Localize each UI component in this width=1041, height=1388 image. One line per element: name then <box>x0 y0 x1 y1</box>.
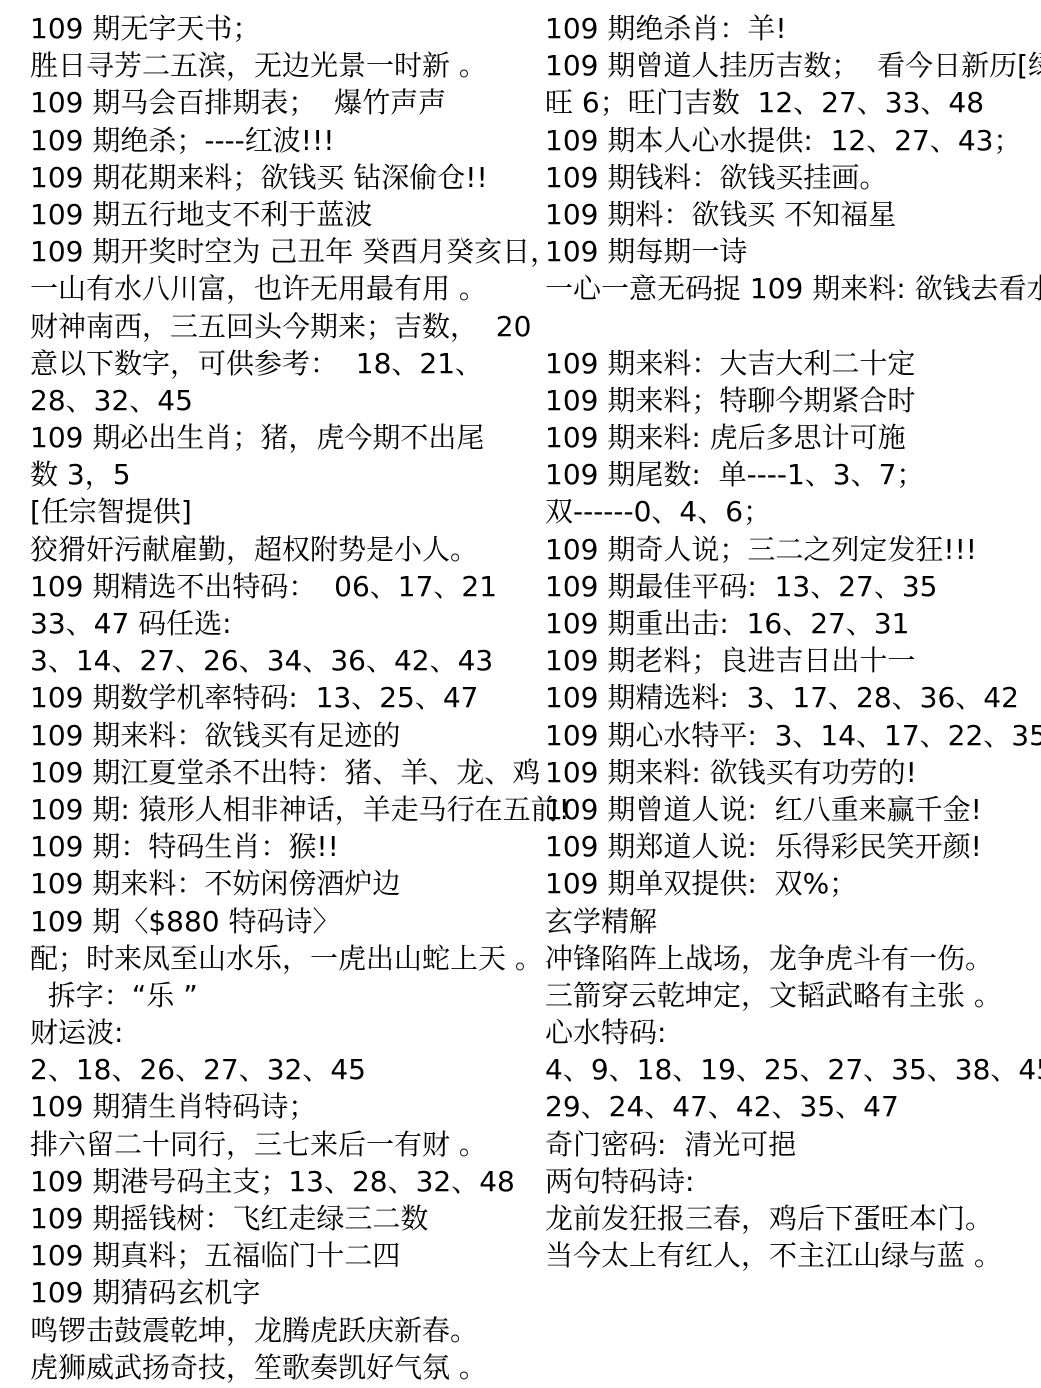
text-line: 两句特码诗: <box>545 1163 1041 1200</box>
text-line: 意以下数字，可供参考： 18、21、 <box>30 345 545 382</box>
text-line: 胜日寻芳二五滨，无边光景一时新 。 <box>30 47 545 84</box>
text-line: 109 期五行地支不利于蓝波 <box>30 196 545 233</box>
text-line: 109 期来料: 虎后多思计可施 <box>545 419 1041 456</box>
text-line: 109 期: 猿形人相非神话，羊走马行在五前! <box>30 791 545 828</box>
text-line: 109 期马会百排期表； 爆竹声声 <box>30 84 545 121</box>
text-line: 109 期猜码玄机字 <box>30 1274 545 1311</box>
text-line: 4、9、18、19、25、27、35、38、45、 <box>545 1051 1041 1088</box>
text-line: 3、14、27、26、34、36、42、43 <box>30 642 545 679</box>
text-line: 109 期单双提供: 双%； <box>545 865 1041 902</box>
text-line: 109 期猜生肖特码诗； <box>30 1088 545 1125</box>
text-line: 29、24、47、42、35、47 <box>545 1088 1041 1125</box>
text-line: 奇门密码: 清光可挹 <box>545 1126 1041 1163</box>
text-line: 33、47 码任选: <box>30 605 545 642</box>
text-line: 109 期：特码生肖：猴!! <box>30 828 545 865</box>
text-line: 心水特码: <box>545 1014 1041 1051</box>
text-line: 109 期重出击: 16、27、31 <box>545 605 1041 642</box>
text-line: 2、18、26、27、32、45 <box>30 1051 545 1088</box>
text-line: 109 期江夏堂杀不出特：猪、羊、龙、鸡 <box>30 754 545 791</box>
text-line: 109 期老料；良进吉日出十一 <box>545 642 1041 679</box>
text-line: 玄学精解 <box>545 903 1041 940</box>
text-line: 配；时来凤至山水乐，一虎出山蛇上天 。 <box>30 940 545 977</box>
text-line: 一山有水八川富，也许无用最有用 。 <box>30 270 545 307</box>
text-line: 109 期来料：大吉大利二十定 <box>545 345 1041 382</box>
text-line: 109 期郑道人说: 乐得彩民笑开颜! <box>545 828 1041 865</box>
text-line: 鸣锣击鼓震乾坤，龙腾虎跃庆新春。 <box>30 1312 545 1349</box>
text-line: 109 期奇人说；三二之列定发狂!!! <box>545 531 1041 568</box>
text-line: 拆字：“乐 ” <box>30 977 545 1014</box>
page: 109 期无字天书；胜日寻芳二五滨，无边光景一时新 。109 期马会百排期表； … <box>0 0 1041 1388</box>
text-line: 冲锋陷阵上战场，龙争虎斗有一伤。 <box>545 940 1041 977</box>
text-line: 虎狮威武扬奇技，笙歌奏凯好气氛 。 <box>30 1349 545 1386</box>
text-line: 109 期料：欲钱买 不知福星 <box>545 196 1041 233</box>
text-line: 旺 6；旺门吉数 12、27、33、48 <box>545 84 1041 121</box>
text-line: 109 期来料：不妨闲傍酒炉边 <box>30 865 545 902</box>
text-line: 排六留二十同行，三七来后一有财 。 <box>30 1126 545 1163</box>
text-line: 109 期绝杀；----红波!!! <box>30 122 545 159</box>
text-line: 28、32、45 <box>30 382 545 419</box>
text-line: 109 期每期一诗 <box>545 233 1041 270</box>
text-line: 109 期精选不出特码： 06、17、21 <box>30 568 545 605</box>
text-line: 109 期本人心水提供: 12、27、43； <box>545 122 1041 159</box>
text-line: 109 期港号码主支；13、28、32、48 <box>30 1163 545 1200</box>
text-line: 109 期绝杀肖：羊! <box>545 10 1041 47</box>
text-line: 龙前发狂报三春，鸡后下蛋旺本门。 <box>545 1200 1041 1237</box>
text-line: 109 期真料；五福临门十二四 <box>30 1237 545 1274</box>
text-line: 财神南西，三五回头今期来；吉数， 20 <box>30 308 545 345</box>
text-line: 109 期心水特平: 3、14、17、22、35、47。 <box>545 717 1041 754</box>
text-line: [任宗智提供] <box>30 493 545 530</box>
text-line: 109 期必出生肖；猪，虎今期不出尾 <box>30 419 545 456</box>
text-line: 109 期精选料: 3、17、28、36、42 <box>545 679 1041 716</box>
text-line: 109 期钱料：欲钱买挂画。 <box>545 159 1041 196</box>
text-line: 三箭穿云乾坤定，文韬武略有主张 。 <box>545 977 1041 1014</box>
text-line: 狡猾奸污献雇勤，超权附势是小人。 <box>30 531 545 568</box>
text-line: 109 期摇钱树：飞红走绿三二数 <box>30 1200 545 1237</box>
text-line: 109 期花期来料；欲钱买 钻深偷仓!! <box>30 159 545 196</box>
text-line: 109 期来料；特聊今期紧合时 <box>545 382 1041 419</box>
text-line: 109 期来料: 欲钱买有功劳的! <box>545 754 1041 791</box>
right-text-column: 109 期绝杀肖：羊!109 期曾道人挂历吉数； 看今日新历[绿波旺 6；旺门吉… <box>545 10 1041 1274</box>
text-line: 109 期〈$880 特码诗〉 <box>30 903 545 940</box>
text-line: 109 期最佳平码: 13、27、35 <box>545 568 1041 605</box>
text-line: 数 3，5 <box>30 456 545 493</box>
left-text-column: 109 期无字天书；胜日寻芳二五滨，无边光景一时新 。109 期马会百排期表； … <box>30 10 545 1386</box>
text-line: 109 期数学机率特码: 13、25、47 <box>30 679 545 716</box>
text-line: 109 期曾道人挂历吉数； 看今日新历[绿波 <box>545 47 1041 84</box>
text-line <box>545 308 1041 345</box>
text-line: 109 期来料：欲钱买有足迹的 <box>30 717 545 754</box>
text-line: 一心一意无码捉 109 期来料: 欲钱去看水沟 <box>545 270 1041 307</box>
text-line: 109 期曾道人说: 红八重来赢千金! <box>545 791 1041 828</box>
text-line: 当今太上有红人，不主江山绿与蓝 。 <box>545 1237 1041 1274</box>
text-line: 109 期无字天书； <box>30 10 545 47</box>
text-line: 双------0、4、6； <box>545 493 1041 530</box>
text-line: 109 期尾数: 单----1、3、7； <box>545 456 1041 493</box>
text-line: 109 期开奖时空为 己丑年 癸酉月癸亥日， <box>30 233 545 270</box>
text-line: 财运波: <box>30 1014 545 1051</box>
